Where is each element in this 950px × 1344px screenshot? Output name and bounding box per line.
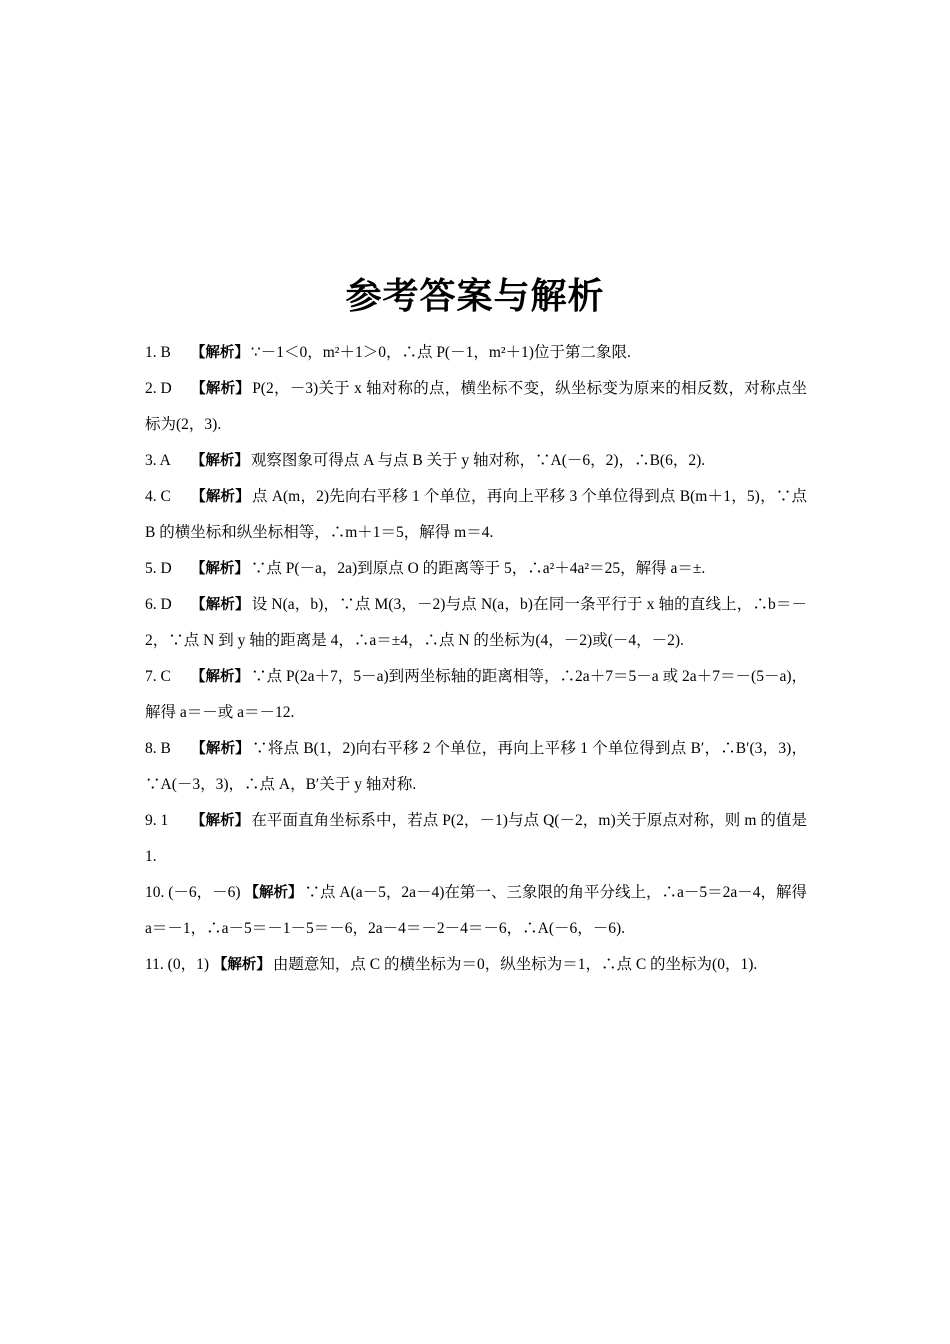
analysis-tag: 【解析】 bbox=[191, 345, 249, 361]
analysis-tag: 【解析】 bbox=[191, 597, 250, 613]
answer-item-6: 6. D 【解析】设 N(a，b)，∵点 M(3，－2)与点 N(a，b)在同一… bbox=[145, 587, 807, 659]
analysis-tag: 【解析】 bbox=[244, 885, 302, 901]
answer-number: 7. C bbox=[145, 659, 187, 695]
answer-item-3: 3. A 【解析】观察图象可得点 A 与点 B 关于 y 轴对称，∵A(－6，2… bbox=[145, 443, 807, 479]
analysis-tag: 【解析】 bbox=[191, 741, 250, 757]
analysis-tag: 【解析】 bbox=[191, 561, 249, 577]
answer-item-4: 4. C 【解析】点 A(m，2)先向右平移 1 个单位，再向上平移 3 个单位… bbox=[145, 479, 807, 551]
analysis-tag: 【解析】 bbox=[191, 813, 249, 829]
analysis-tag: 【解析】 bbox=[191, 489, 250, 505]
analysis-tag: 【解析】 bbox=[213, 957, 271, 973]
answer-number: 8. B bbox=[145, 731, 187, 767]
answer-text: ∵－1＜0，m²＋1＞0，∴点 P(－1，m²＋1)位于第二象限. bbox=[251, 344, 631, 361]
answer-item-5: 5. D 【解析】∵点 P(－a，2a)到原点 O 的距离等于 5，∴a²＋4a… bbox=[145, 551, 807, 587]
answer-number: 3. A bbox=[145, 443, 187, 479]
answer-item-8: 8. B 【解析】∵将点 B(1，2)向右平移 2 个单位，再向上平移 1 个单… bbox=[145, 731, 807, 803]
answer-text: 观察图象可得点 A 与点 B 关于 y 轴对称，∵A(－6，2)，∴B(6，2)… bbox=[251, 452, 705, 469]
answer-item-11: 11. (0，1) 【解析】由题意知，点 C 的横坐标为＝0，纵坐标为＝1，∴点… bbox=[145, 947, 807, 983]
answer-list: 1. B 【解析】∵－1＜0，m²＋1＞0，∴点 P(－1，m²＋1)位于第二象… bbox=[145, 335, 807, 983]
analysis-tag: 【解析】 bbox=[191, 381, 250, 397]
analysis-tag: 【解析】 bbox=[191, 453, 249, 469]
answer-item-1: 1. B 【解析】∵－1＜0，m²＋1＞0，∴点 P(－1，m²＋1)位于第二象… bbox=[145, 335, 807, 371]
answer-item-9: 9. 1 【解析】在平面直角坐标系中，若点 P(2，－1)与点 Q(－2，m)关… bbox=[145, 803, 807, 875]
answer-item-10: 10. (－6，－6) 【解析】∵点 A(a－5，2a－4)在第一、三象限的角平… bbox=[145, 875, 807, 947]
analysis-tag: 【解析】 bbox=[191, 669, 249, 685]
answer-text: ∵点 P(－a，2a)到原点 O 的距离等于 5，∴a²＋4a²＝25，解得 a… bbox=[251, 560, 705, 577]
answer-number: 9. 1 bbox=[145, 803, 187, 839]
page-title: 参考答案与解析 bbox=[0, 268, 950, 319]
answer-number: 11. (0，1) bbox=[145, 947, 209, 983]
answer-number: 5. D bbox=[145, 551, 187, 587]
answer-number: 1. B bbox=[145, 335, 187, 371]
answer-text: 由题意知，点 C 的横坐标为＝0，纵坐标为＝1，∴点 C 的坐标为(0，1). bbox=[273, 956, 757, 973]
answer-item-2: 2. D 【解析】P(2，－3)关于 x 轴对称的点，横坐标不变，纵坐标变为原来… bbox=[145, 371, 807, 443]
answer-number: 2. D bbox=[145, 371, 187, 407]
answer-number: 6. D bbox=[145, 587, 187, 623]
answer-number: 10. (－6，－6) bbox=[145, 875, 241, 911]
answer-number: 4. C bbox=[145, 479, 187, 515]
answer-item-7: 7. C 【解析】∵点 P(2a＋7，5－a)到两坐标轴的距离相等，∴2a＋7＝… bbox=[145, 659, 807, 731]
